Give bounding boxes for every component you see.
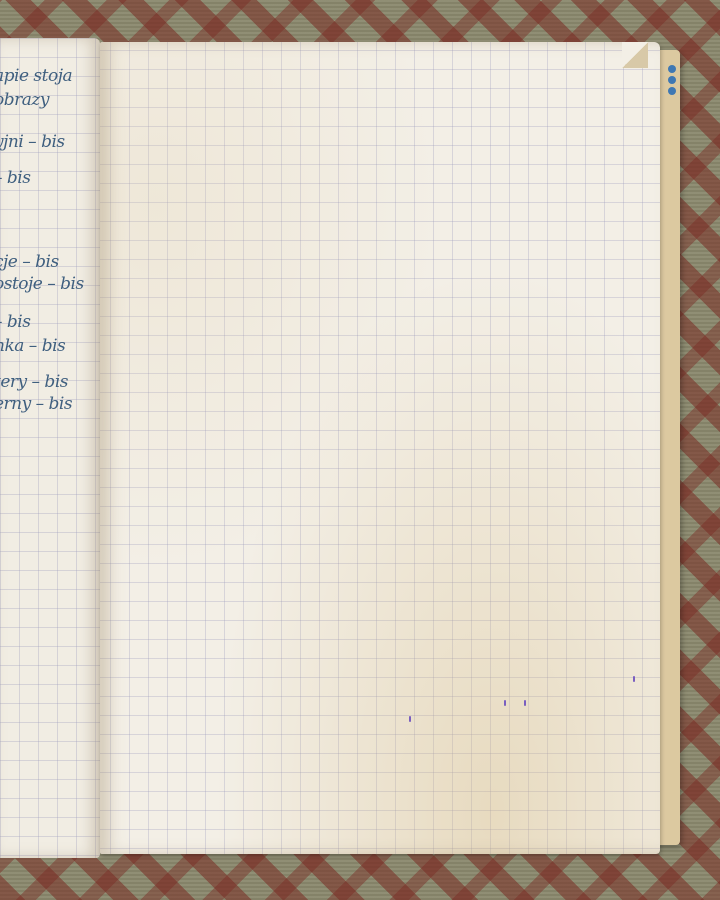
handwriting-line: – bis	[0, 312, 30, 332]
cover-pattern-icon	[668, 62, 680, 110]
left-page: apie stoja obrazy yjni – bis – bis cje –…	[0, 38, 100, 858]
ink-mark	[633, 676, 635, 682]
handwriting-line: yjni – bis	[0, 132, 65, 152]
handwriting-line: nka – bis	[0, 336, 65, 356]
ink-mark	[524, 700, 526, 706]
ink-mark	[409, 716, 411, 722]
ink-mark	[504, 700, 506, 706]
handwriting-line: apie stoja	[0, 66, 72, 86]
handwriting-line: cje – bis	[0, 252, 59, 272]
handwriting-line: – bis	[0, 168, 30, 188]
folded-corner	[622, 42, 648, 68]
right-page-blank-grid	[100, 42, 660, 854]
handwriting-line: tery – bis	[0, 372, 68, 392]
handwriting-line: ostoje – bis	[0, 274, 84, 294]
handwriting-line: erny – bis	[0, 394, 72, 414]
handwriting-line: obrazy	[0, 90, 49, 110]
